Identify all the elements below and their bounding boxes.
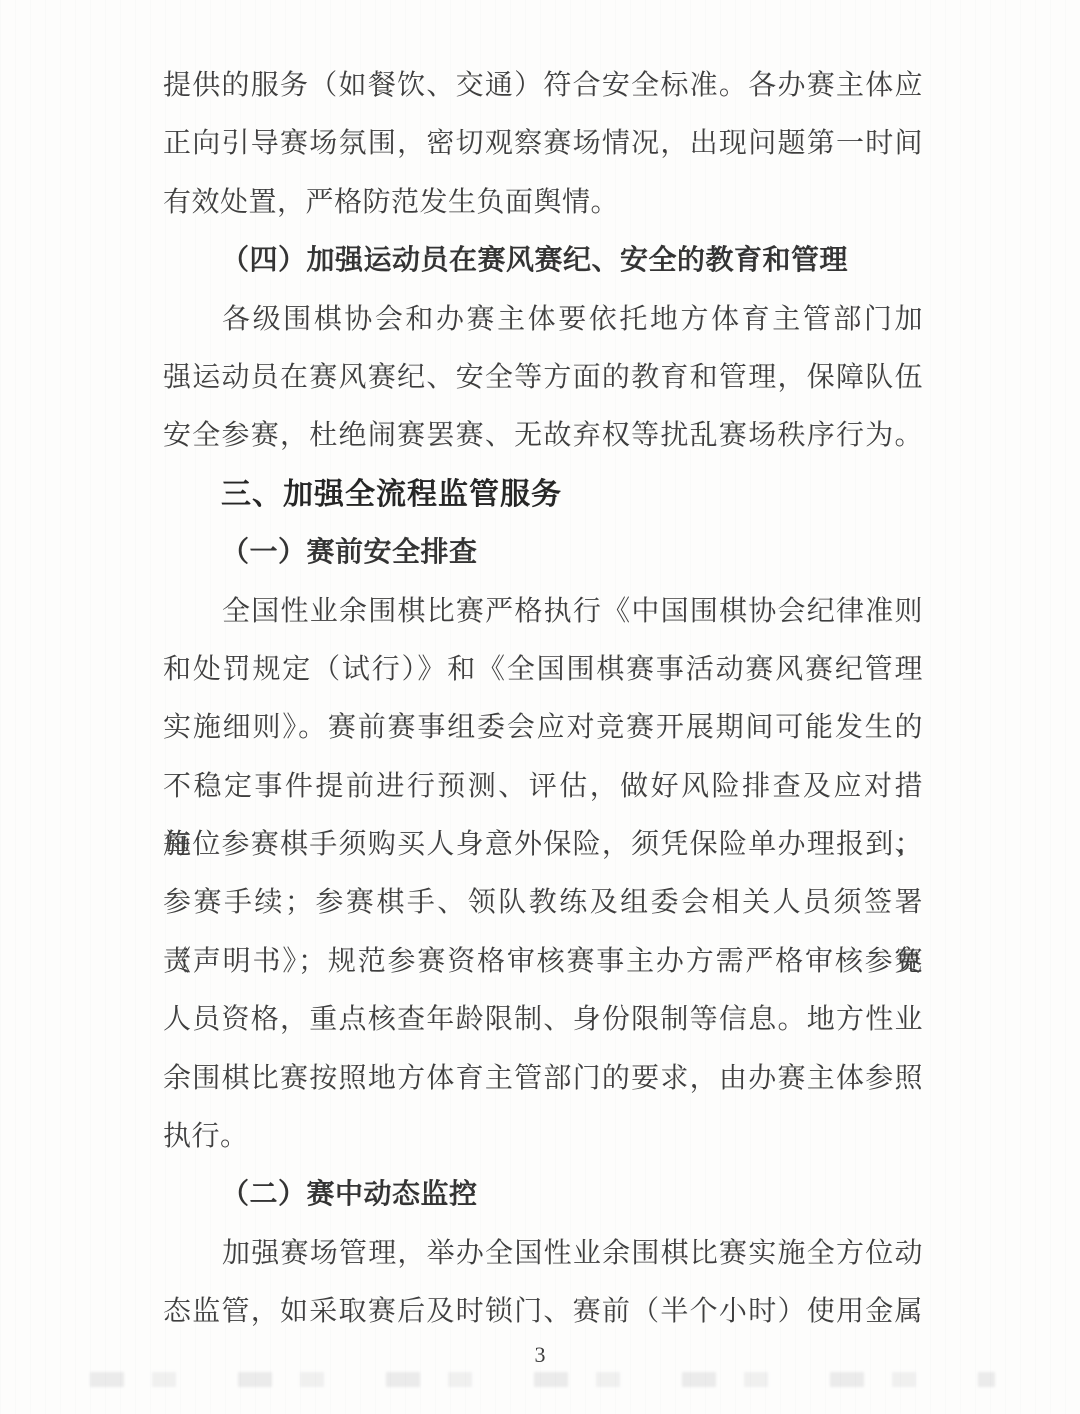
sub-heading: （四）加强运动员在赛风赛纪、安全的教育和管理 bbox=[163, 232, 923, 290]
body-line: 安全参赛，杜绝闹赛罢赛、无故弃权等扰乱赛场秩序行为。 bbox=[163, 407, 923, 465]
bleed-through-artifact bbox=[90, 1372, 995, 1387]
body-line: 不稳定事件提前进行预测、评估，做好风险排查及应对措施； bbox=[163, 758, 923, 816]
sub-heading: （二）赛中动态监控 bbox=[163, 1166, 923, 1224]
body-line: 有效处置，严格防范发生负面舆情。 bbox=[163, 174, 923, 232]
body-line: 态监管，如采取赛后及时锁门、赛前（半个小时）使用金属 bbox=[163, 1283, 923, 1341]
body-line: 强运动员在赛风赛纪、安全等方面的教育和管理，保障队伍 bbox=[163, 349, 923, 407]
body-line: 和处罚规定（试行）》和《全国围棋赛事活动赛风赛纪管理 bbox=[163, 641, 923, 699]
body-line: 每位参赛棋手须购买人身意外保险，须凭保险单办理报到、 bbox=[163, 816, 923, 874]
page-number: 3 bbox=[0, 1342, 1080, 1368]
body-line-paragraph-start: 全国性业余围棋比赛严格执行《中国围棋协会纪律准则 bbox=[163, 583, 923, 641]
document-body: 提供的服务（如餐饮、交通）符合安全标准。各办赛主体应正向引导赛场氛围，密切观察赛… bbox=[163, 57, 923, 1342]
body-line: 提供的服务（如餐饮、交通）符合安全标准。各办赛主体应 bbox=[163, 57, 923, 115]
body-line-paragraph-start: 加强赛场管理，举办全国性业余围棋比赛实施全方位动 bbox=[163, 1225, 923, 1283]
sub-heading: （一）赛前安全排查 bbox=[163, 524, 923, 582]
body-line-paragraph-start: 各级围棋协会和办赛主体要依托地方体育主管部门加 bbox=[163, 291, 923, 349]
document-page: 提供的服务（如餐饮、交通）符合安全标准。各办赛主体应正向引导赛场氛围，密切观察赛… bbox=[0, 0, 1080, 1414]
body-line: 正向引导赛场氛围，密切观察赛场情况，出现问题第一时间 bbox=[163, 115, 923, 173]
body-line: 责声明书》；规范参赛资格审核赛事主办方需严格审核参赛 bbox=[163, 933, 923, 991]
body-line: 余围棋比赛按照地方体育主管部门的要求，由办赛主体参照 bbox=[163, 1050, 923, 1108]
body-line: 执行。 bbox=[163, 1108, 923, 1166]
body-line: 参赛手续；参赛棋手、领队教练及组委会相关人员须签署《免 bbox=[163, 874, 923, 932]
section-heading: 三、加强全流程监管服务 bbox=[163, 466, 923, 524]
body-line: 人员资格，重点核查年龄限制、身份限制等信息。地方性业 bbox=[163, 991, 923, 1049]
body-line: 实施细则》。赛前赛事组委会应对竞赛开展期间可能发生的 bbox=[163, 699, 923, 757]
